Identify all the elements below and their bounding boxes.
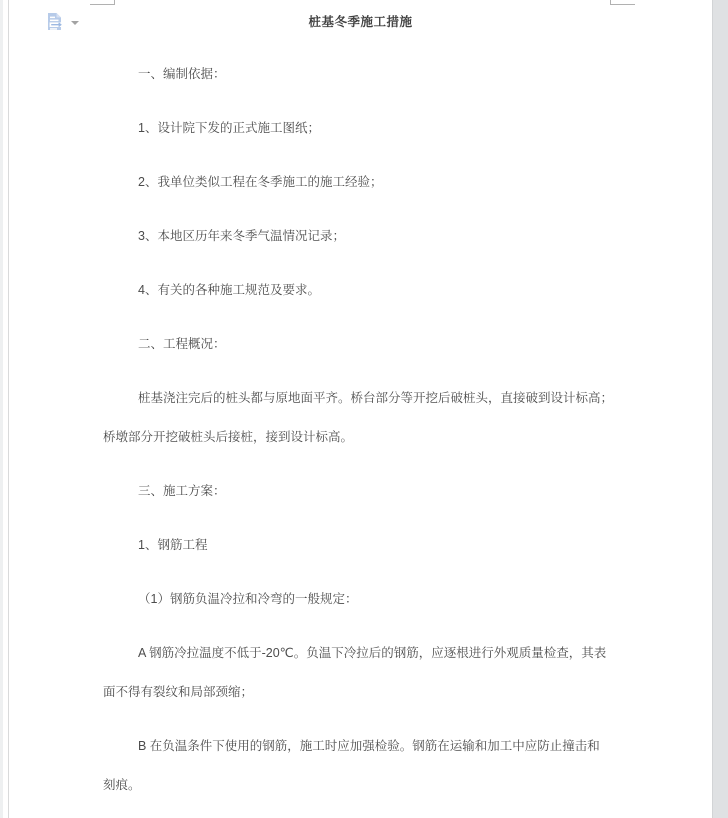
paragraph-item-1: 1、设计院下发的正式施工图纸； [103, 109, 623, 148]
paragraph-heading-3: 三、施工方案： [103, 472, 623, 511]
paragraph-item-2: 2、我单位类似工程在冬季施工的施工经验； [103, 163, 623, 202]
viewer-left-edge [0, 0, 3, 818]
paragraph-subheading-rebar: 1、钢筋工程 [103, 526, 623, 565]
paragraph-item-4: 4、有关的各种施工规范及要求。 [103, 271, 623, 310]
paragraph-rule-b: B 在负温条件下使用的钢筋，施工时应加强检验。钢筋在运输和加工中应防止撞击和 刻… [103, 727, 623, 805]
viewer-background-strip [712, 0, 728, 818]
paragraph-heading-2: 二、工程概况： [103, 325, 623, 364]
document-page: 桩基冬季施工措施 一、编制依据： 1、设计院下发的正式施工图纸； 2、我单位类似… [9, 0, 712, 818]
paragraph-rule-a: A 钢筋冷拉温度不低于-20℃。负温下冷拉后的钢筋，应逐根进行外观质量检查，其表… [103, 634, 623, 712]
paragraph-subheading-rules: （1）钢筋负温冷拉和冷弯的一般规定： [103, 580, 623, 619]
document-viewer: 桩基冬季施工措施 一、编制依据： 1、设计院下发的正式施工图纸； 2、我单位类似… [0, 0, 728, 818]
document-body: 一、编制依据： 1、设计院下发的正式施工图纸； 2、我单位类似工程在冬季施工的施… [103, 55, 623, 805]
paragraph-item-3: 3、本地区历年来冬季气温情况记录； [103, 217, 623, 256]
document-title: 桩基冬季施工措施 [9, 14, 712, 31]
paragraph-body-overview: 桩基浇注完后的桩头都与原地面平齐。桥台部分等开挖后破桩头，直接破到设计标高； 桥… [103, 379, 623, 457]
paragraph-heading-1: 一、编制依据： [103, 55, 623, 94]
